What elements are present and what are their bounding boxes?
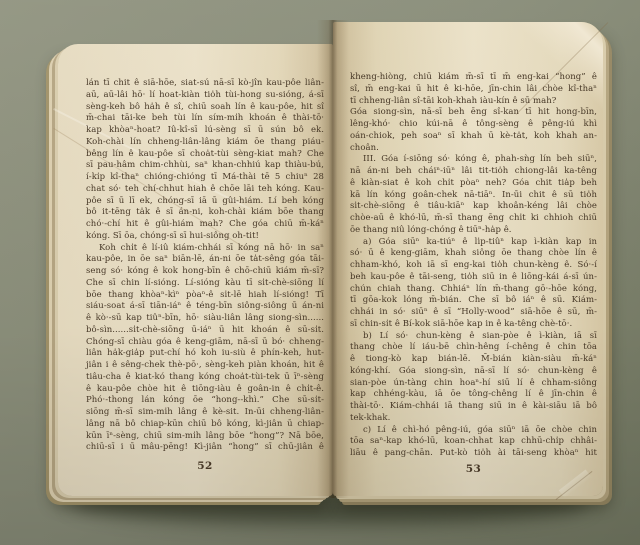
text-line: liāu ê pang-chān. Put-kò tio̍h ài tāi-se… <box>350 448 597 460</box>
page-crease <box>556 471 593 500</box>
text-line: lâng nā bô chiap-kūn chiū bô kóng, kì-ji… <box>86 419 324 431</box>
text-line: kap khòaⁿ-hoat? Iû-kî-sī lú-sèng sī ū sú… <box>86 125 324 137</box>
text-line: tī gōa-kok lóng m̄-bián. Che sī bô iáⁿ ê… <box>350 295 597 307</box>
text-line: bô it-tēng ta̍k ê sī án-ni, koh-chài kiá… <box>86 207 324 219</box>
text-line: lêng-khó· chio kúi-nā ê tông-sèng ê pêng… <box>350 119 597 131</box>
text-line: chó·-chí hit ê gûi-hiám mah? Che góa chi… <box>86 219 324 231</box>
text-line: sèng-keh bô ha̍h ê sî, chiū soah lín ê k… <box>86 102 324 114</box>
text-line: ê kò·-sū kap tiûⁿ-bīn, hō· siàu-liân lân… <box>86 313 324 325</box>
text-line: ê tiong-kò kap bián-lē. M̄-bián kiàn-sià… <box>350 354 597 366</box>
text-line: thài-tō·. Kiám-chhái iā thang siū in ê k… <box>350 401 597 413</box>
text-line: lán tī chit ê siā-hōe, siat-sú nā-sī kò-… <box>86 78 324 90</box>
text-line: tōa saⁿ-kap khó-lū, koan-chhat kap chhū-… <box>350 436 597 448</box>
text-line: tī chheng-liân sî-tāi koh-khah iàu-kín ê… <box>350 96 597 108</box>
text-line: aū, aū-lâi hō· lí hoat-kiàn tio̍h tùi-ho… <box>86 90 324 102</box>
text-line: kóng-khí. Góa siong-sìn, nā-sī lí só· ch… <box>350 366 597 378</box>
text-line: chhái in só· siūⁿ ê sī “Holly-wood” siā-… <box>350 307 597 319</box>
text-line: sî, m̄ eng-kai ū hit ê ki-hōe, jīn-chin … <box>350 84 597 96</box>
text-line: chòe-aū ê khó-lū, m̄-sī thang ēng chi̍t … <box>350 213 597 225</box>
text-line: siáu-soat á-sī tiān-iáⁿ ê téng-bīn siông… <box>86 301 324 313</box>
text-line: í-ki̍p kî-thaⁿ chióng-chióng tī Má-thài … <box>86 172 324 184</box>
text-line: só· ū ê keng-giām, khah siông ōe thang c… <box>350 248 597 260</box>
text-line: III. Góa í-siōng só· kóng ê, phah-sǹg lí… <box>350 154 597 166</box>
text-line: jiân i ê sêng-chek thè-pō·, sèng-keh pià… <box>86 360 324 372</box>
text-line: bōe thang khòaⁿ-kìⁿ pòaⁿ-ê si̍t-lē hiah … <box>86 290 324 302</box>
right-page-text: kheng-hiòng, chiū kiám m̄-sī tī m̄ eng-k… <box>350 72 597 460</box>
text-line: chham-khó, koh iā sī eng-kai tio̍h chun-… <box>350 260 597 272</box>
text-line: sī pau-hâm chim-chhùi, saⁿ khan-chhiú ka… <box>86 160 324 172</box>
text-line: sian-pòe ún-tàng chin hoaⁿ-hí siū lí ê c… <box>350 378 597 390</box>
text-line: seng só· kóng ê kok hong-bīn ê chō-chiū … <box>86 266 324 278</box>
text-line: Koh chi̍t ê lí-iû kiám-chhái sī kóng nā … <box>86 243 324 255</box>
text-line: Chóng-sī chiàu góa ê keng-giām, nā-sī ū … <box>86 337 324 349</box>
text-line: tek-khak. <box>350 413 597 425</box>
text-line: sī chin-si̍t ê Bí-kok siā-hōe kap in ê k… <box>350 319 597 331</box>
left-page-text: lán tī chit ê siā-hōe, siat-sú nā-sī kò-… <box>86 78 324 454</box>
text-line: Góa siong-sìn, nā-sī beh ēng sî-kan tī h… <box>350 107 597 119</box>
text-line: c) Lí ê chì-hó pêng-iú, góa siūⁿ iā ōe c… <box>350 425 597 437</box>
right-page-number: 53 <box>350 463 597 475</box>
text-line: beh kau-pôe ê tāi-seng, tio̍h siū in ê l… <box>350 272 597 284</box>
text-line: oán-chiok, peh soaⁿ sī khah ū kè-ta̍t, k… <box>350 131 597 143</box>
text-line: Che sī chin lí-sióng. Lí-sióng kàu tī si… <box>86 278 324 290</box>
text-line: pôe sī ū lī ek, chóng-sī iā ū gûi-hiám. … <box>86 196 324 208</box>
text-line: ōe thang niû lóng-chóng ê tiūⁿ-ha̍p ê. <box>350 225 597 237</box>
text-line: ê kau-pôe chòe hit ê tiōng-iàu ê goân-in… <box>86 384 324 396</box>
text-line: kau-pôe, in ōe saⁿ biān-lē, án-ni ōe ta̍… <box>86 254 324 266</box>
text-line: bêng lín ê kau-pôe sī choa̍t-tùi sèng-ki… <box>86 149 324 161</box>
text-line: kheng-hiòng, chiū kiám m̄-sī tī m̄ eng-k… <box>350 72 597 84</box>
text-line: Koh-chài lín chheng-liân-lâng kiám ōe th… <box>86 137 324 149</box>
photo-background: lán tī chit ê siā-hōe, siat-sú nā-sī kò-… <box>0 0 640 545</box>
text-line: Phó·-thong lán kóng ōe “hong--khì.” Che … <box>86 395 324 407</box>
text-line: chat só· teh chí-chhut hiah ê chōe lāi t… <box>86 184 324 196</box>
text-line: si̍t-chè-siōng ê tiâu-kiāⁿ kap khoân-kén… <box>350 201 597 213</box>
text-line: kóng. Sī ōa, chóng-sī sī hui-siông oh-ti… <box>86 231 324 243</box>
text-line: choân. <box>350 143 597 155</box>
left-page-number: 52 <box>86 460 324 472</box>
text-line: ê kiàn-siat ê koh chi̍t pòaⁿ neh? Góa ch… <box>350 178 597 190</box>
text-line: bô-sìn......si̍t-chè-siōng ū-iáⁿ ū hit k… <box>86 325 324 337</box>
text-line: kā lín kóng goân-chek nā-tiāⁿ. In-ūi chi… <box>350 190 597 202</box>
text-line: liân ha̍k-gia̍p put-chí hó koh iu-siù ê … <box>86 348 324 360</box>
text-line: kap chhéng-kàu, iā ōe tông-chêng lí ê jī… <box>350 389 597 401</box>
text-line: b) Lí só· chun-kèng ê sian-pòe ê ì-kiàn,… <box>350 331 597 343</box>
text-line: chiū-sī i ū mâu-pēng! Kì-jiân “hong” sī … <box>86 442 324 454</box>
text-line: nā án-ni beh cháiⁿ-iūⁿ lâi tit-tio̍h chi… <box>350 166 597 178</box>
text-line: chún chiah thang. Chhiáⁿ lín m̄-thang gō… <box>350 284 597 296</box>
text-line: tiâu-cha ê kiat-kó thang kóng choa̍t-tùi… <box>86 372 324 384</box>
text-line: siōng m̄-sī sim-mi̍h lâng ê kè-sit. In-ū… <box>86 407 324 419</box>
text-line: m̄-chai tāi-ke beh tùi lín sím-mi̍h khoá… <box>86 113 324 125</box>
text-line: thang chòe lí iáu-bē chìn-hêng í-chêng ê… <box>350 342 597 354</box>
text-line: a) Góa siūⁿ ka-tiúⁿ ê li̍p-tiûⁿ kap ì-ki… <box>350 237 597 249</box>
text-line: kūn īⁿ-sèng, chiū sim-mi̍h lâng bōe “hon… <box>86 431 324 443</box>
